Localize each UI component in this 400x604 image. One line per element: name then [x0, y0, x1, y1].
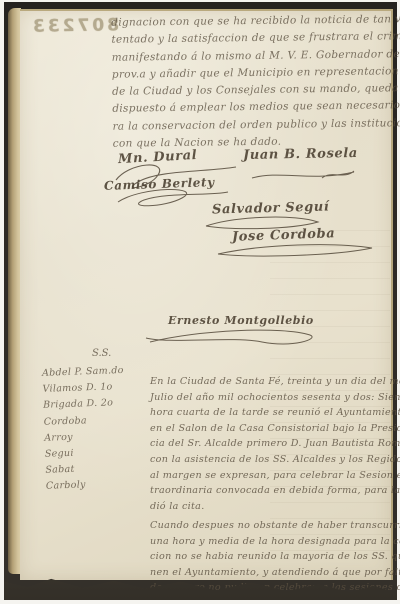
manuscript-line: cia del Sr. Alcalde primero D. Juan Baut…: [150, 436, 392, 452]
archive-number-stamp: 807233: [30, 15, 119, 37]
manuscript-line: hora cuarta de la tarde se reunió el Ayu…: [150, 405, 392, 421]
manuscript-line: nen el Ayuntamiento, y atendiendo á que …: [150, 565, 392, 581]
signature-2: Juan B. Rosela: [243, 146, 358, 163]
signature-flourish: [214, 240, 379, 262]
scanned-manuscript-page: 807233 dignacion con que se ha recibido …: [0, 0, 400, 604]
manuscript-line: dió la cita.: [150, 499, 392, 515]
manuscript-line: En la Ciudad de Santa Fé, treinta y un d…: [150, 374, 392, 390]
margin-attendance-list: Abdel P. Sam.do Vilamos D. 1o Brigada D.…: [42, 362, 148, 495]
manuscript-line: en el Salon de la Casa Consistorial bajo…: [150, 421, 392, 437]
paragraph-acta: En la Ciudad de Santa Fé, treinta y un d…: [150, 374, 392, 514]
manuscript-line: una hora y media de la hora designada pa…: [150, 534, 392, 550]
manuscript-line: Cuando despues no obstante de haber tran…: [150, 518, 392, 534]
manuscript-line: Julio del año mil ochocientos sesenta y …: [150, 390, 392, 406]
secretary-flourish: [140, 326, 325, 354]
manuscript-line: al margen se expresan, para celebrar la …: [150, 468, 392, 484]
signature-flourish: [250, 166, 360, 186]
margin-header: S.S.: [92, 348, 111, 359]
paragraph-opening: dignacion con que se ha recibido la noti…: [111, 11, 393, 153]
manuscript-line: con la asistencia de los SS. Alcaldes y …: [150, 452, 392, 468]
manuscript-line: cion no se habia reunido la mayoria de l…: [150, 549, 392, 565]
manuscript-line: traordinaria convocada en debida forma, …: [150, 483, 392, 499]
manuscript-line: ra la conservacion del orden publico y l…: [112, 115, 392, 136]
